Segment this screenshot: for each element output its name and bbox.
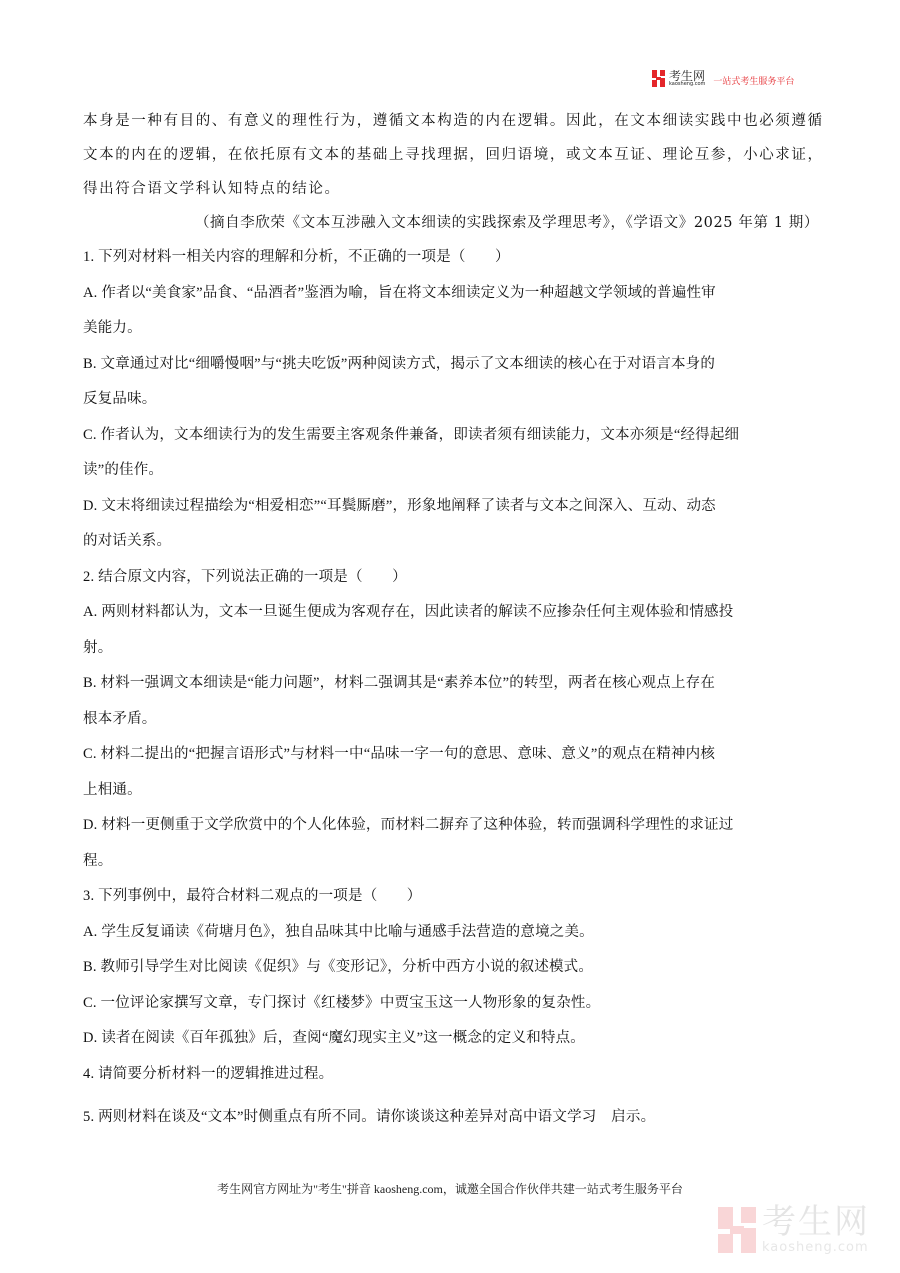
option-d-cont: 程。: [83, 844, 823, 880]
watermark-domain: kaosheng.com: [762, 1241, 870, 1254]
passage-line: 得出符合语文学科认知特点的结论。: [83, 172, 823, 206]
watermark: 考生网 kaosheng.com: [718, 1205, 870, 1254]
footer-text: 考生网官方网址为"考生"拼音 kaosheng.com，诚邀全国合作伙伴共建一站…: [0, 1180, 900, 1197]
option-b-cont: 根本矛盾。: [83, 702, 823, 738]
option-c: C. 材料二提出的“把握言语形式”与材料一中“品味一字一句的意思、意味、意义”的…: [83, 737, 823, 773]
question-stem: 5. 两则材料在谈及“文本”时侧重点有所不同。请你谈谈这种差异对高中语文学习 启…: [83, 1100, 823, 1136]
passage-line: 本身是一种有目的、有意义的理性行为，遵循文本构造的内在逻辑。因此，在文本细读实践…: [83, 104, 823, 138]
option-a: A. 作者以“美食家”品食、“品酒者”鉴酒为喻，旨在将文本细读定义为一种超越文学…: [83, 276, 823, 312]
option-d: D. 材料一更侧重于文学欣赏中的个人化体验，而材料二摒弃了这种体验，转而强调科学…: [83, 808, 823, 844]
option-c: C. 作者认为，文本细读行为的发生需要主客观条件兼备，即读者须有细读能力，文本亦…: [83, 418, 823, 454]
option-b-cont: 反复品味。: [83, 382, 823, 418]
option-a: A. 学生反复诵读《荷塘月色》，独自品味其中比喻与通感手法营造的意境之美。: [83, 915, 823, 951]
option-b: B. 教师引导学生对比阅读《促织》与《变形记》，分析中西方小说的叙述模式。: [83, 950, 823, 986]
document-body: 本身是一种有目的、有意义的理性行为，遵循文本构造的内在逻辑。因此，在文本细读实践…: [83, 104, 823, 1136]
watermark-name: 考生网: [762, 1205, 870, 1239]
option-a: A. 两则材料都认为，文本一旦诞生便成为客观存在，因此读者的解读不应掺杂任何主观…: [83, 595, 823, 631]
logo-domain: kaosheng.com: [669, 82, 705, 87]
watermark-logo-icon: [718, 1207, 756, 1253]
passage-line: 文本的内在的逻辑，在依托原有文本的基础上寻找理据，回归语境，或文本互证、理论互参…: [83, 138, 823, 172]
option-c-cont: 读”的佳作。: [83, 453, 823, 489]
question-5: 5. 两则材料在谈及“文本”时侧重点有所不同。请你谈谈这种差异对高中语文学习 启…: [83, 1100, 823, 1136]
option-b: B. 文章通过对比“细嚼慢咽”与“挑夫吃饭”两种阅读方式，揭示了文本细读的核心在…: [83, 347, 823, 383]
option-a-cont: 射。: [83, 631, 823, 667]
question-3: 3. 下列事例中，最符合材料二观点的一项是（ ） A. 学生反复诵读《荷塘月色》…: [83, 879, 823, 1057]
question-stem: 3. 下列事例中，最符合材料二观点的一项是（ ）: [83, 879, 823, 915]
option-d: D. 读者在阅读《百年孤独》后，查阅“魔幻现实主义”这一概念的定义和特点。: [83, 1021, 823, 1057]
option-d: D. 文末将细读过程描绘为“相爱相恋”“耳鬓厮磨”，形象地阐释了读者与文本之间深…: [83, 489, 823, 525]
header-logo: 考生网 kaosheng.com 一站式考生服务平台: [652, 70, 794, 87]
question-4: 4. 请简要分析材料一的逻辑推进过程。: [83, 1057, 823, 1093]
passage-citation: （摘自李欣荣《文本互涉融入文本细读的实践探索及学理思考》，《学语文》2025 年…: [83, 206, 823, 240]
option-a-cont: 美能力。: [83, 311, 823, 347]
option-b: B. 材料一强调文本细读是“能力问题”，材料二强调其是“素养本位”的转型，两者在…: [83, 666, 823, 702]
passage: 本身是一种有目的、有意义的理性行为，遵循文本构造的内在逻辑。因此，在文本细读实践…: [83, 104, 823, 240]
kaosheng-logo-icon: [652, 70, 665, 87]
option-d-cont: 的对话关系。: [83, 524, 823, 560]
question-1: 1. 下列对材料一相关内容的理解和分析，不正确的一项是（ ） A. 作者以“美食…: [83, 240, 823, 560]
header-slogan: 一站式考生服务平台: [713, 74, 794, 87]
question-stem: 2. 结合原文内容，下列说法正确的一项是（ ）: [83, 560, 823, 596]
option-c-cont: 上相通。: [83, 773, 823, 809]
question-stem: 4. 请简要分析材料一的逻辑推进过程。: [83, 1057, 823, 1093]
question-stem: 1. 下列对材料一相关内容的理解和分析，不正确的一项是（ ）: [83, 240, 823, 276]
question-2: 2. 结合原文内容，下列说法正确的一项是（ ） A. 两则材料都认为，文本一旦诞…: [83, 560, 823, 880]
option-c: C. 一位评论家撰写文章，专门探讨《红楼梦》中贾宝玉这一人物形象的复杂性。: [83, 986, 823, 1022]
